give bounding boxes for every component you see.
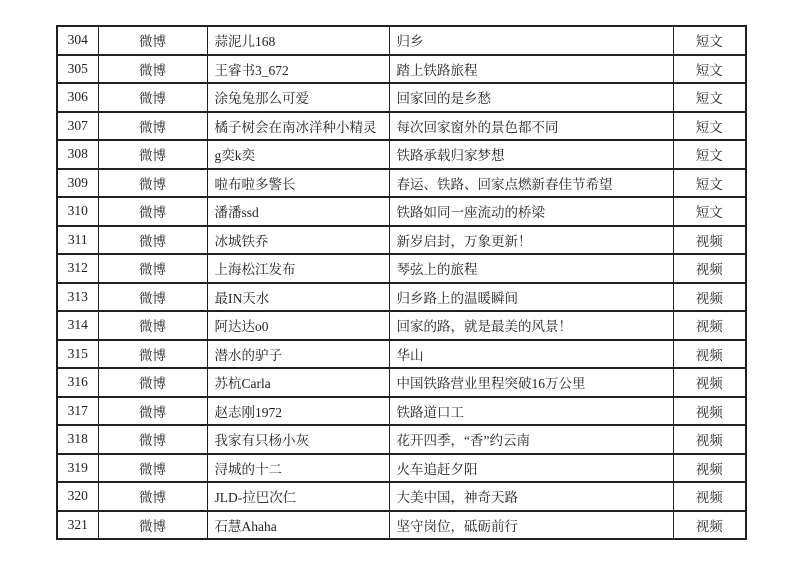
- cell-username: 潘潘ssd: [207, 197, 389, 226]
- cell-number: 319: [57, 454, 98, 483]
- cell-type: 视频: [673, 311, 746, 340]
- cell-type: 视频: [673, 340, 746, 369]
- cell-username: 冰城铁乔: [207, 226, 389, 255]
- cell-title: 大美中国，神奇天路: [389, 482, 673, 511]
- cell-number: 304: [57, 26, 98, 55]
- cell-number: 312: [57, 254, 98, 283]
- cell-type: 视频: [673, 511, 746, 540]
- cell-number: 311: [57, 226, 98, 255]
- table-row: 319微博浔城的十二火车追赶夕阳视频: [57, 454, 746, 483]
- cell-type: 视频: [673, 226, 746, 255]
- cell-number: 308: [57, 140, 98, 169]
- cell-title: 归乡: [389, 26, 673, 55]
- cell-type: 视频: [673, 454, 746, 483]
- cell-number: 315: [57, 340, 98, 369]
- cell-username: 潜水的驴子: [207, 340, 389, 369]
- cell-number: 316: [57, 368, 98, 397]
- cell-title: 琴弦上的旅程: [389, 254, 673, 283]
- cell-number: 305: [57, 55, 98, 84]
- cell-username: 苏杭Carla: [207, 368, 389, 397]
- cell-type: 视频: [673, 425, 746, 454]
- table-row: 318微博我家有只杨小灰花开四季，“香”约云南视频: [57, 425, 746, 454]
- cell-platform: 微博: [98, 169, 207, 198]
- cell-number: 314: [57, 311, 98, 340]
- table-row: 315微博潜水的驴子华山视频: [57, 340, 746, 369]
- cell-type: 短文: [673, 55, 746, 84]
- cell-username: 橘子树会在南冰洋种小精灵: [207, 112, 389, 141]
- cell-title: 铁路承载归家梦想: [389, 140, 673, 169]
- cell-type: 短文: [673, 83, 746, 112]
- table-row: 312微博上海松江发布琴弦上的旅程视频: [57, 254, 746, 283]
- cell-type: 短文: [673, 197, 746, 226]
- cell-type: 短文: [673, 26, 746, 55]
- table-row: 304微博蒜泥儿168归乡短文: [57, 26, 746, 55]
- cell-platform: 微博: [98, 368, 207, 397]
- table-body: 304微博蒜泥儿168归乡短文305微博王睿书3_672踏上铁路旅程短文306微…: [57, 26, 746, 539]
- cell-platform: 微博: [98, 226, 207, 255]
- cell-platform: 微博: [98, 283, 207, 312]
- cell-type: 短文: [673, 169, 746, 198]
- cell-title: 回家回的是乡愁: [389, 83, 673, 112]
- cell-platform: 微博: [98, 511, 207, 540]
- cell-platform: 微博: [98, 83, 207, 112]
- cell-type: 视频: [673, 482, 746, 511]
- cell-username: JLD-拉巴次仁: [207, 482, 389, 511]
- cell-username: 王睿书3_672: [207, 55, 389, 84]
- cell-title: 火车追赶夕阳: [389, 454, 673, 483]
- cell-username: g奕k奕: [207, 140, 389, 169]
- cell-title: 中国铁路营业里程突破16万公里: [389, 368, 673, 397]
- cell-type: 视频: [673, 397, 746, 426]
- cell-type: 视频: [673, 283, 746, 312]
- table-row: 311微博冰城铁乔新岁启封，万象更新！视频: [57, 226, 746, 255]
- table-row: 321微博石慧Ahaha坚守岗位，砥砺前行视频: [57, 511, 746, 540]
- cell-type: 视频: [673, 254, 746, 283]
- cell-type: 视频: [673, 368, 746, 397]
- cell-title: 新岁启封，万象更新！: [389, 226, 673, 255]
- cell-title: 华山: [389, 340, 673, 369]
- table-row: 307微博橘子树会在南冰洋种小精灵每次回家窗外的景色都不同短文: [57, 112, 746, 141]
- cell-platform: 微博: [98, 55, 207, 84]
- cell-type: 短文: [673, 140, 746, 169]
- cell-username: 赵志刚1972: [207, 397, 389, 426]
- table-row: 310微博潘潘ssd铁路如同一座流动的桥梁短文: [57, 197, 746, 226]
- cell-number: 321: [57, 511, 98, 540]
- cell-platform: 微博: [98, 112, 207, 141]
- cell-platform: 微博: [98, 197, 207, 226]
- cell-title: 铁路如同一座流动的桥梁: [389, 197, 673, 226]
- cell-platform: 微博: [98, 254, 207, 283]
- cell-platform: 微博: [98, 140, 207, 169]
- table-row: 306微博涂兔兔那么可爱回家回的是乡愁短文: [57, 83, 746, 112]
- cell-title: 每次回家窗外的景色都不同: [389, 112, 673, 141]
- table-row: 309微博啦布啦多警长春运、铁路、回家点燃新春佳节希望短文: [57, 169, 746, 198]
- cell-username: 上海松江发布: [207, 254, 389, 283]
- cell-type: 短文: [673, 112, 746, 141]
- cell-platform: 微博: [98, 482, 207, 511]
- cell-number: 317: [57, 397, 98, 426]
- cell-username: 蒜泥儿168: [207, 26, 389, 55]
- cell-number: 310: [57, 197, 98, 226]
- cell-platform: 微博: [98, 425, 207, 454]
- cell-username: 浔城的十二: [207, 454, 389, 483]
- cell-number: 318: [57, 425, 98, 454]
- table-row: 316微博苏杭Carla中国铁路营业里程突破16万公里视频: [57, 368, 746, 397]
- cell-username: 阿达达o0: [207, 311, 389, 340]
- cell-title: 坚守岗位，砥砺前行: [389, 511, 673, 540]
- cell-title: 铁路道口工: [389, 397, 673, 426]
- cell-number: 309: [57, 169, 98, 198]
- table-row: 317微博赵志刚1972铁路道口工视频: [57, 397, 746, 426]
- cell-platform: 微博: [98, 311, 207, 340]
- cell-username: 最IN天水: [207, 283, 389, 312]
- cell-title: 花开四季，“香”约云南: [389, 425, 673, 454]
- cell-platform: 微博: [98, 26, 207, 55]
- cell-title: 春运、铁路、回家点燃新春佳节希望: [389, 169, 673, 198]
- cell-username: 涂兔兔那么可爱: [207, 83, 389, 112]
- cell-number: 313: [57, 283, 98, 312]
- cell-title: 归乡路上的温暖瞬间: [389, 283, 673, 312]
- cell-username: 我家有只杨小灰: [207, 425, 389, 454]
- cell-number: 320: [57, 482, 98, 511]
- table-row: 305微博王睿书3_672踏上铁路旅程短文: [57, 55, 746, 84]
- cell-number: 307: [57, 112, 98, 141]
- cell-platform: 微博: [98, 454, 207, 483]
- cell-username: 啦布啦多警长: [207, 169, 389, 198]
- cell-title: 回家的路，就是最美的风景！: [389, 311, 673, 340]
- content-table: 304微博蒜泥儿168归乡短文305微博王睿书3_672踏上铁路旅程短文306微…: [56, 25, 747, 540]
- table-row: 314微博阿达达o0回家的路，就是最美的风景！视频: [57, 311, 746, 340]
- table-row: 308微博g奕k奕铁路承载归家梦想短文: [57, 140, 746, 169]
- cell-number: 306: [57, 83, 98, 112]
- table-row: 313微博最IN天水归乡路上的温暖瞬间视频: [57, 283, 746, 312]
- table-row: 320微博JLD-拉巴次仁大美中国，神奇天路视频: [57, 482, 746, 511]
- cell-username: 石慧Ahaha: [207, 511, 389, 540]
- cell-platform: 微博: [98, 397, 207, 426]
- cell-platform: 微博: [98, 340, 207, 369]
- cell-title: 踏上铁路旅程: [389, 55, 673, 84]
